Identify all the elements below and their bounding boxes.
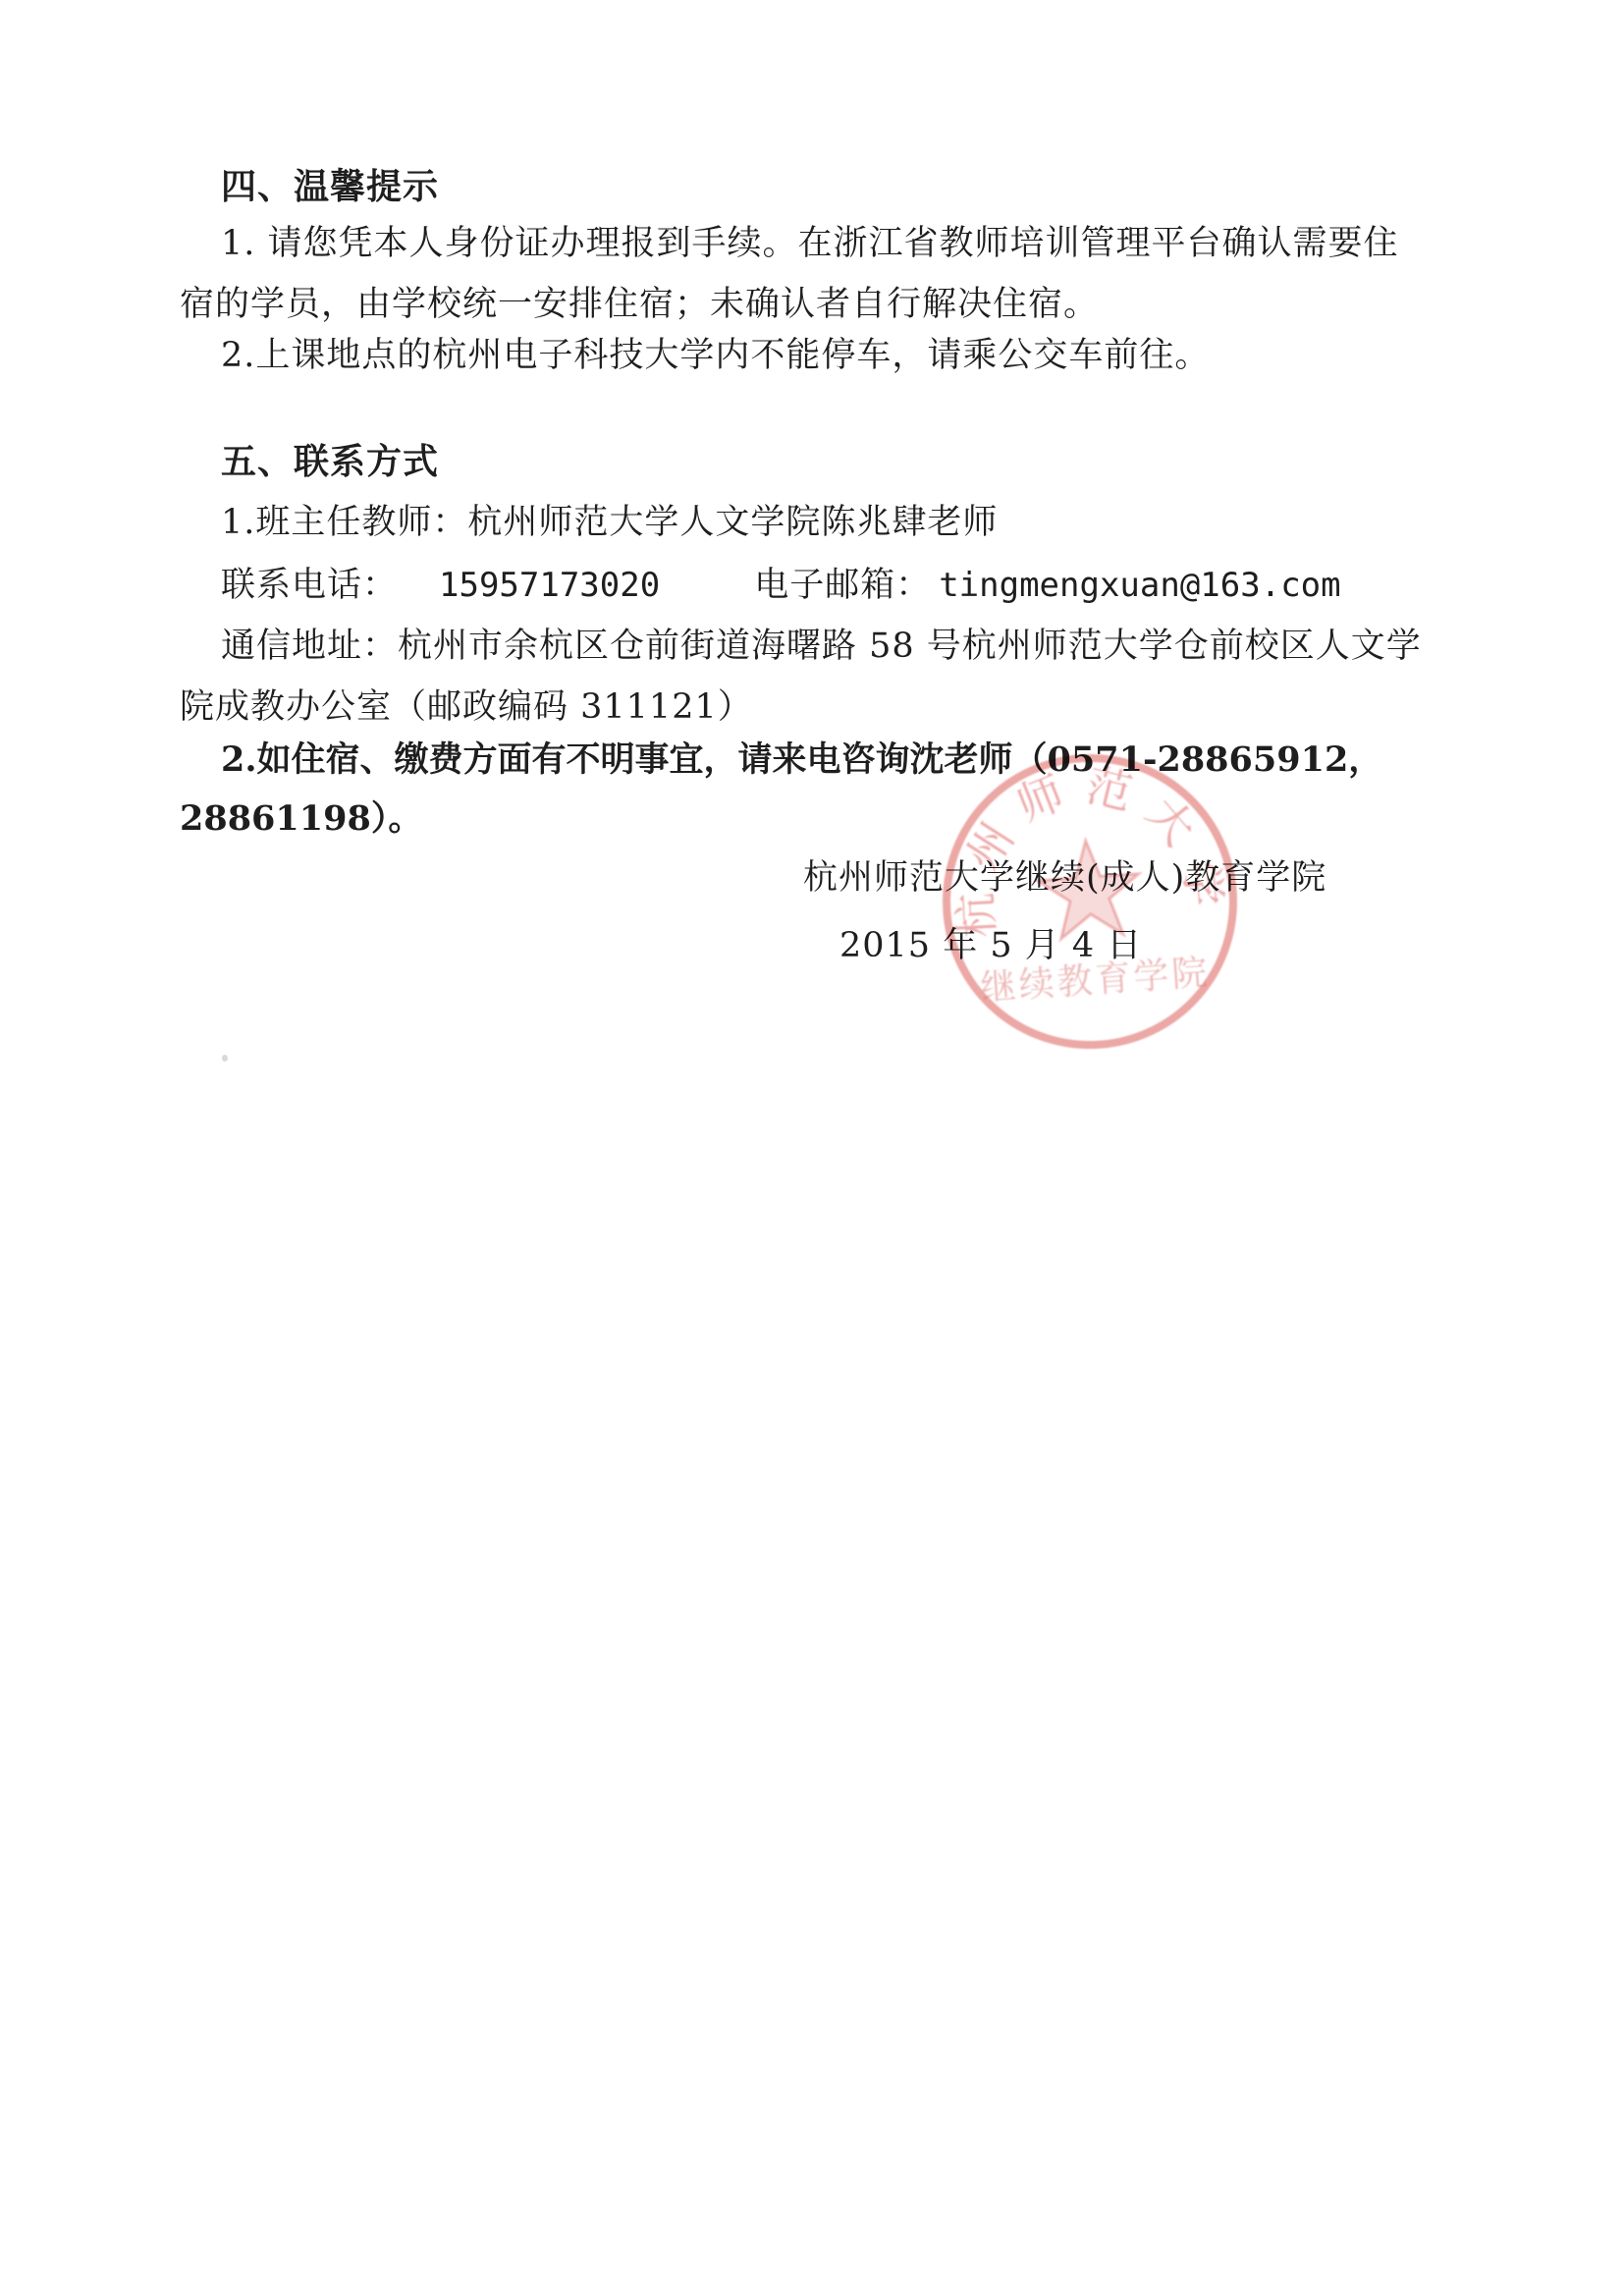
scan-speck [222, 1055, 228, 1062]
signature-date: 2015 年 5 月 4 日 [839, 924, 1142, 967]
phone-label: 联系电话： [221, 566, 398, 605]
contact-item-2-line-2: 28861198）。 [180, 797, 422, 841]
email-address: tingmengxuan@163.com [939, 566, 1340, 605]
official-seal: 杭州师范大学 继续教育学院 [922, 734, 1258, 1069]
tips-item-2: 2.上课地点的杭州电子科技大学内不能停车，请乘公交车前往。 [221, 334, 1210, 377]
mail-address-line-1: 通信地址：杭州市余杭区仓前街道海曙路 58 号杭州师范大学仓前校区人文学 [221, 625, 1422, 668]
tips-item-1-line-1: 1. 请您凭本人身份证办理报到手续。在浙江省教师培训管理平台确认需要住 [221, 222, 1399, 265]
email-label: 电子邮箱： [754, 566, 931, 605]
section-heading-contact: 五、联系方式 [221, 440, 439, 483]
contact-item-2-line-1: 2.如住宿、缴费方面有不明事宜，请来电咨询沈老师（0571-28865912， [221, 738, 1382, 782]
seal-ring [937, 748, 1243, 1055]
signature-org: 杭州师范大学继续(成人)教育学院 [803, 856, 1326, 900]
tips-item-1-line-2: 宿的学员，由学校统一安排住宿；未确认者自行解决住宿。 [180, 283, 1099, 326]
contact-phone-email-line: 联系电话：15957173020电子邮箱：tingmengxuan@163.co… [221, 564, 1341, 607]
mail-address-line-2: 院成教办公室（邮政编码 311121） [180, 685, 753, 729]
section-heading-tips: 四、温馨提示 [221, 165, 439, 208]
phone-number: 15957173020 [439, 566, 660, 605]
document-page: 四、温馨提示 1. 请您凭本人身份证办理报到手续。在浙江省教师培训管理平台确认需… [0, 0, 1623, 2296]
contact-teacher-line: 1.班主任教师：杭州师范大学人文学院陈兆肆老师 [221, 501, 998, 544]
